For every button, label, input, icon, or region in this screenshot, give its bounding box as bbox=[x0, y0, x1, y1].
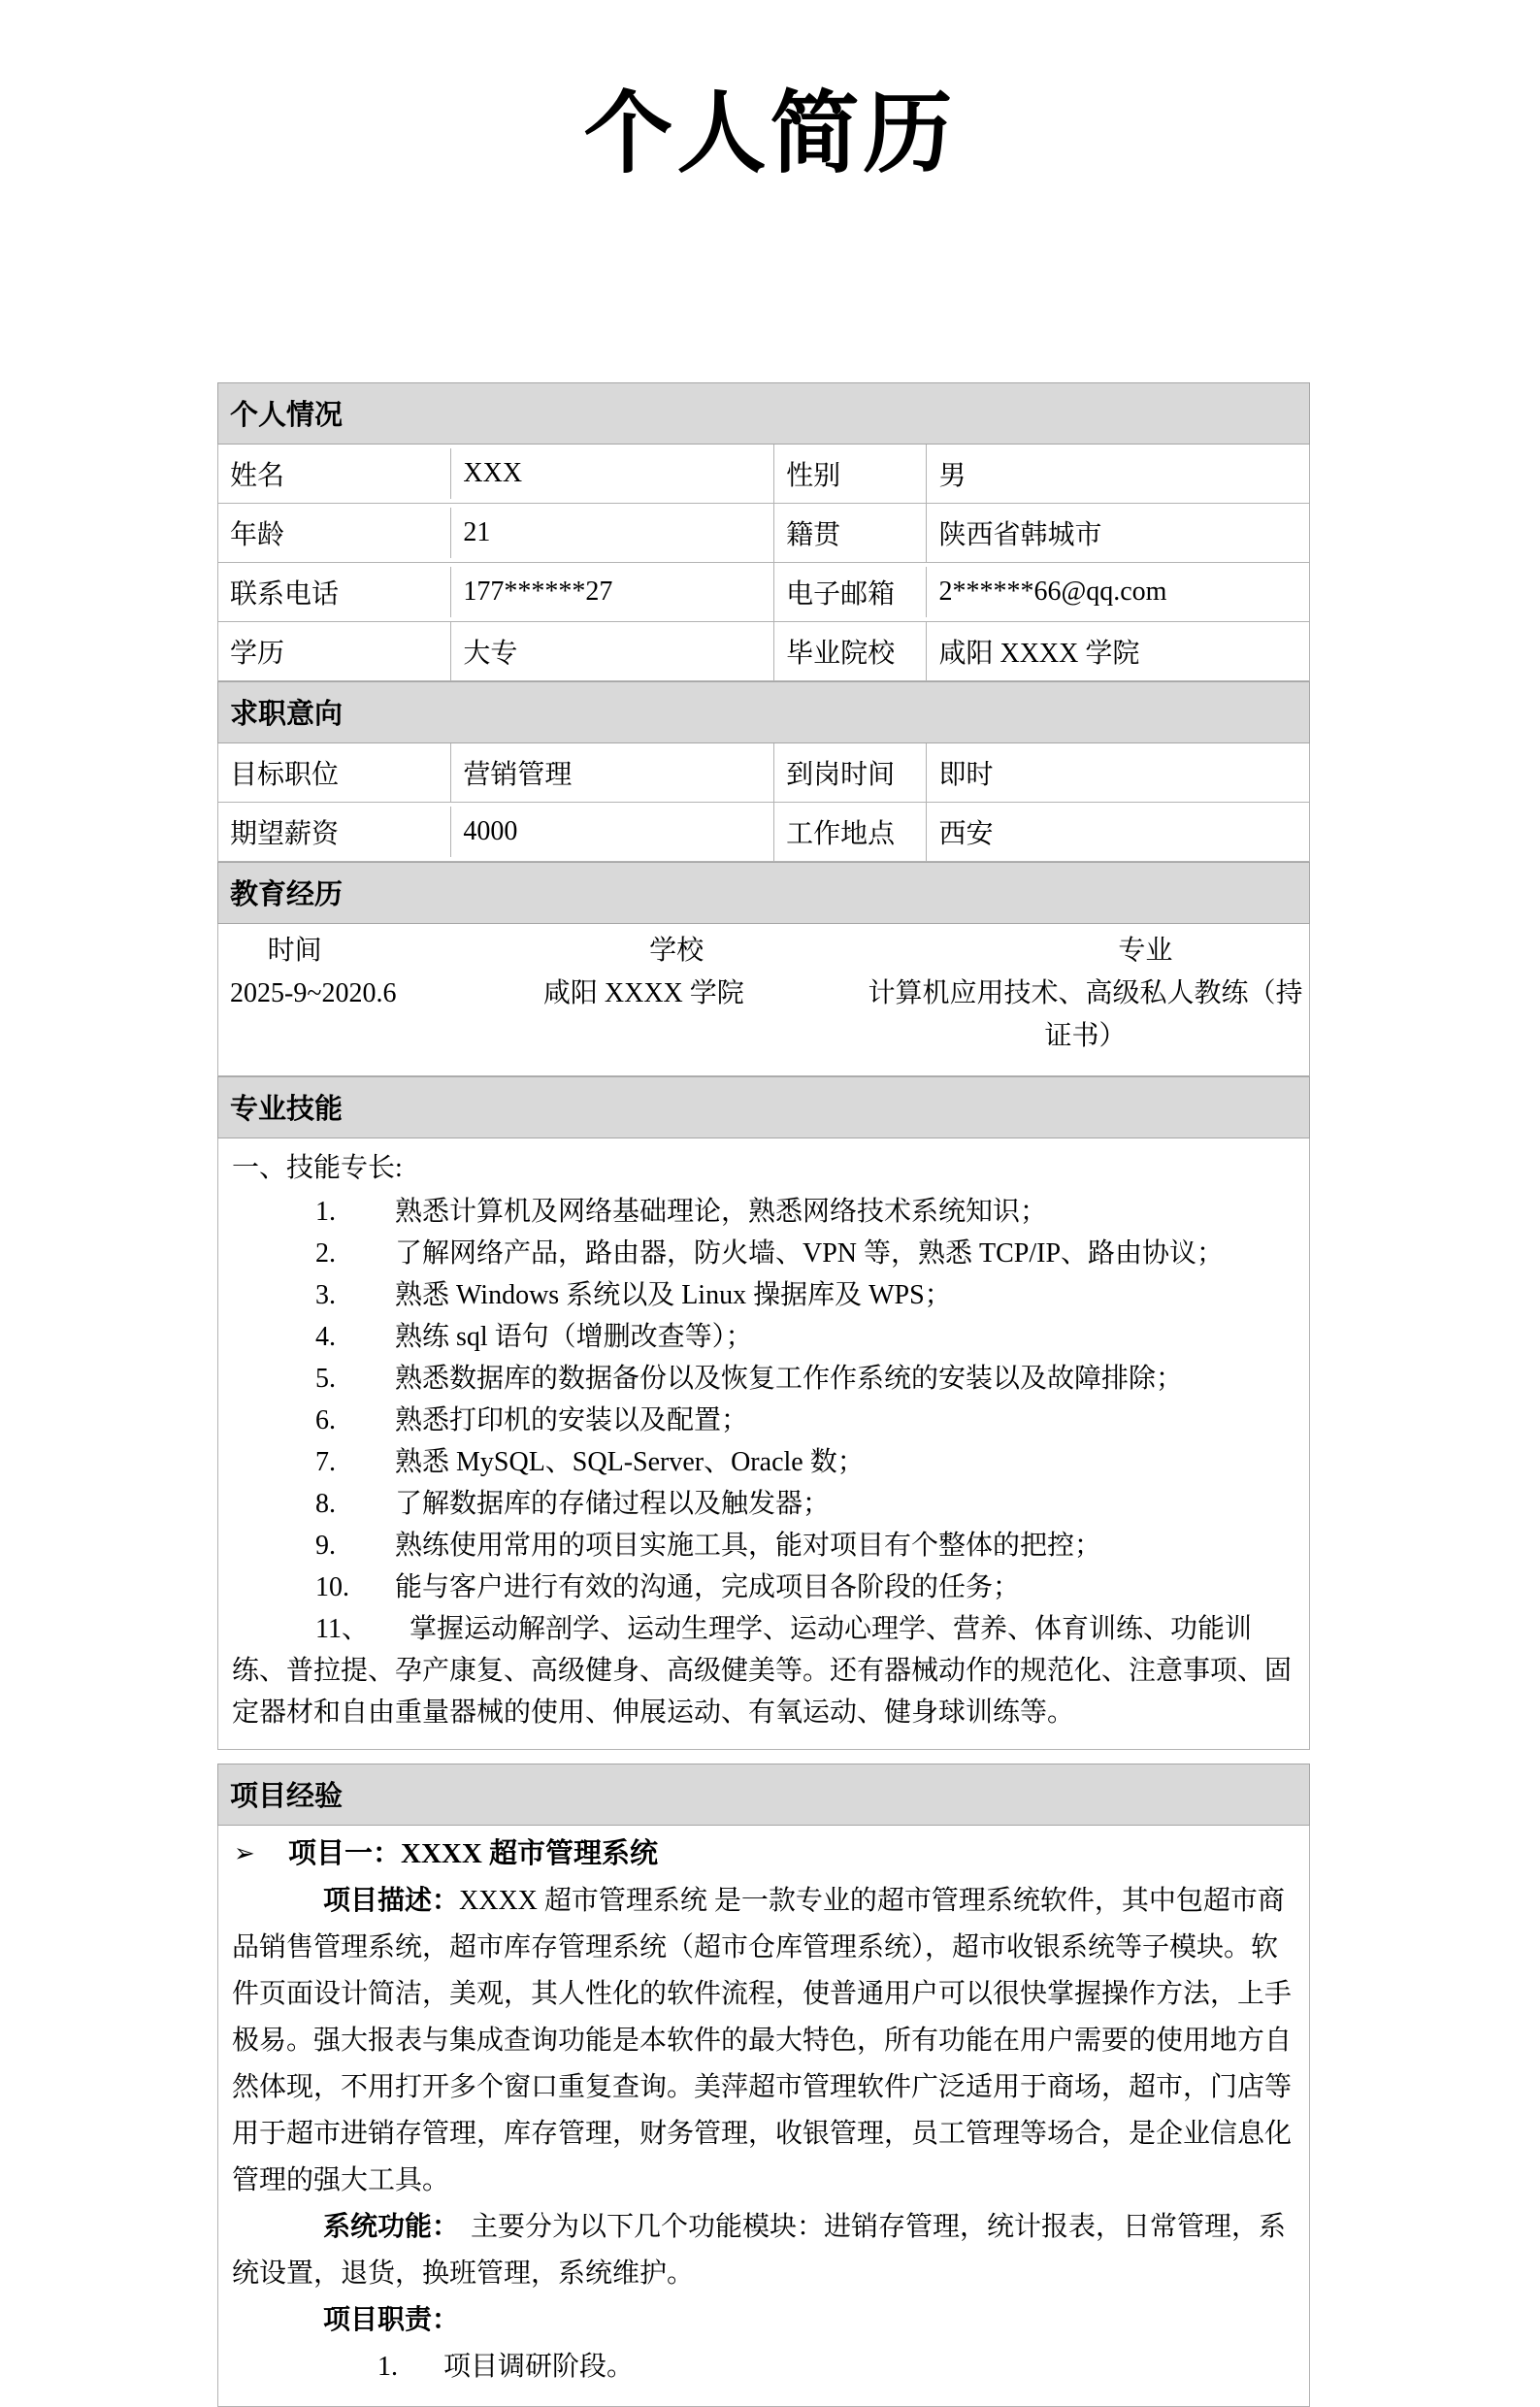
section-header-skills: 专业技能 bbox=[217, 1076, 1310, 1138]
field-value-availability: 即时 bbox=[926, 743, 1309, 802]
field-value-degree: 大专 bbox=[450, 622, 773, 680]
skill-item: 8. 了解数据库的存储过程以及触发器； bbox=[232, 1483, 1295, 1525]
field-label-phone: 联系电话 bbox=[218, 563, 450, 621]
project-box: ➢ 项目一：XXXX 超市管理系统 项目描述：XXXX 超市管理系统 是一款专业… bbox=[217, 1826, 1310, 2407]
project-duty-item: 1. 项目调研阶段。 bbox=[232, 2344, 1295, 2391]
duty-text: 项目调研阶段。 bbox=[443, 2344, 634, 2391]
skill-text: 熟练使用常用的项目实施工具，能对项目有个整体的把控； bbox=[395, 1525, 1295, 1566]
skill-text: 熟悉打印机的安装以及配置； bbox=[395, 1400, 1295, 1441]
field-label-target-position: 目标职位 bbox=[218, 743, 450, 802]
skill-number: 5. bbox=[315, 1358, 395, 1400]
field-value-work-location: 西安 bbox=[926, 803, 1309, 861]
skill-number: 7. bbox=[315, 1441, 395, 1483]
field-label-age: 年龄 bbox=[218, 504, 450, 562]
skill-text: 了解数据库的存储过程以及触发器； bbox=[395, 1483, 1295, 1525]
page-title: 个人简历 bbox=[0, 85, 1540, 183]
skill-item-11: 11、掌握运动解剖学、运动生理学、运动心理学、营养、体育训练、功能训练、普拉提、… bbox=[232, 1608, 1295, 1733]
skill-number: 4. bbox=[315, 1316, 395, 1358]
skills-intro: 一、技能专长: bbox=[232, 1146, 1295, 1191]
project-duty-label: 项目职责： bbox=[232, 2297, 1295, 2344]
skill-text: 掌握运动解剖学、运动生理学、运动心理学、营养、体育训练、功能训练、普拉提、孕产康… bbox=[232, 1614, 1292, 1728]
skill-text: 熟悉数据库的数据备份以及恢复工作作系统的安装以及故障排除； bbox=[395, 1358, 1295, 1400]
section-header-job-intention: 求职意向 bbox=[217, 681, 1310, 743]
field-value-school: 咸阳 XXXX 学院 bbox=[926, 622, 1309, 680]
skill-item: 3. 熟悉 Windows 系统以及 Linux 操据库及 WPS； bbox=[232, 1274, 1295, 1316]
project-description-text: XXXX 超市管理系统 是一款专业的超市管理系统软件，其中包超市商品销售管理系统… bbox=[232, 1886, 1292, 2195]
arrow-bullet-icon: ➢ bbox=[232, 1830, 288, 1878]
skill-text: 熟练 sql 语句（增删改查等）； bbox=[395, 1316, 1295, 1358]
project-description-label: 项目描述： bbox=[323, 1886, 459, 1916]
project-title-row: ➢ 项目一：XXXX 超市管理系统 bbox=[232, 1830, 1295, 1878]
education-col-time: 时间 bbox=[218, 930, 371, 973]
field-label-gender: 性别 bbox=[773, 445, 926, 503]
skill-item: 10. 能与客户进行有效的沟通，完成项目各阶段的任务； bbox=[232, 1566, 1295, 1608]
resume-body: 个人情况 姓名 XXX 性别 男 年龄 21 籍贯 陕西省韩城市 联系电话 17… bbox=[217, 382, 1310, 2407]
skill-text: 熟悉 Windows 系统以及 Linux 操据库及 WPS； bbox=[395, 1274, 1295, 1316]
project-title: 项目一：XXXX 超市管理系统 bbox=[288, 1830, 658, 1878]
project-description: 项目描述：XXXX 超市管理系统 是一款专业的超市管理系统软件，其中包超市商品销… bbox=[232, 1878, 1295, 2204]
field-value-native-place: 陕西省韩城市 bbox=[926, 504, 1309, 562]
field-label-native-place: 籍贯 bbox=[773, 504, 926, 562]
education-time: 2025-9~2020.6 bbox=[218, 973, 426, 1058]
field-label-email: 电子邮箱 bbox=[773, 563, 926, 621]
education-school: 咸阳 XXXX 学院 bbox=[426, 973, 863, 1058]
personal-info-table: 姓名 XXX 性别 男 年龄 21 籍贯 陕西省韩城市 联系电话 177****… bbox=[217, 445, 1310, 681]
skill-item: 9. 熟练使用常用的项目实施工具，能对项目有个整体的把控； bbox=[232, 1525, 1295, 1566]
table-row: 姓名 XXX 性别 男 bbox=[218, 445, 1309, 504]
table-row: 学历 大专 毕业院校 咸阳 XXXX 学院 bbox=[218, 622, 1309, 681]
field-value-email: 2******66@qq.com bbox=[926, 567, 1309, 617]
field-label-name: 姓名 bbox=[218, 445, 450, 503]
table-row: 目标职位 营销管理 到岗时间 即时 bbox=[218, 743, 1309, 803]
field-value-age: 21 bbox=[450, 508, 773, 558]
skill-text: 能与客户进行有效的沟通，完成项目各阶段的任务； bbox=[395, 1566, 1295, 1608]
skill-number: 11、 bbox=[315, 1614, 369, 1644]
education-col-major: 专业 bbox=[982, 930, 1309, 973]
skills-box: 一、技能专长: 1. 熟悉计算机及网络基础理论，熟悉网络技术系统知识； 2. 了… bbox=[217, 1138, 1310, 1750]
skill-item: 1. 熟悉计算机及网络基础理论，熟悉网络技术系统知识； bbox=[232, 1191, 1295, 1233]
table-row: 联系电话 177******27 电子邮箱 2******66@qq.com bbox=[218, 563, 1309, 622]
field-label-school: 毕业院校 bbox=[773, 622, 926, 680]
education-col-school: 学校 bbox=[371, 930, 981, 973]
duty-number: 1. bbox=[377, 2344, 443, 2391]
field-label-expected-salary: 期望薪资 bbox=[218, 803, 450, 861]
system-functions: 系统功能：主要分为以下几个功能模块：进销存管理，统计报表，日常管理，系统设置，退… bbox=[232, 2204, 1295, 2297]
field-value-name: XXX bbox=[450, 448, 773, 499]
skill-number: 10. bbox=[315, 1566, 395, 1608]
field-value-expected-salary: 4000 bbox=[450, 807, 773, 857]
skill-number: 1. bbox=[315, 1191, 395, 1233]
skill-number: 2. bbox=[315, 1233, 395, 1274]
system-functions-label: 系统功能： bbox=[323, 2212, 459, 2242]
skill-number: 3. bbox=[315, 1274, 395, 1316]
section-header-personal-info: 个人情况 bbox=[217, 382, 1310, 445]
skill-text: 熟悉计算机及网络基础理论，熟悉网络技术系统知识； bbox=[395, 1191, 1295, 1233]
field-value-target-position: 营销管理 bbox=[450, 743, 773, 802]
table-row: 期望薪资 4000 工作地点 西安 bbox=[218, 803, 1309, 862]
skill-item: 2. 了解网络产品，路由器，防火墙、VPN 等，熟悉 TCP/IP、路由协议； bbox=[232, 1233, 1295, 1274]
skill-item: 6. 熟悉打印机的安装以及配置； bbox=[232, 1400, 1295, 1441]
skill-number: 9. bbox=[315, 1525, 395, 1566]
skill-number: 8. bbox=[315, 1483, 395, 1525]
skill-item: 4. 熟练 sql 语句（增删改查等）； bbox=[232, 1316, 1295, 1358]
skill-text: 熟悉 MySQL、SQL-Server、Oracle 数； bbox=[395, 1441, 1295, 1483]
skill-item: 7. 熟悉 MySQL、SQL-Server、Oracle 数； bbox=[232, 1441, 1295, 1483]
skill-text: 了解网络产品，路由器，防火墙、VPN 等，熟悉 TCP/IP、路由协议； bbox=[395, 1233, 1295, 1274]
field-label-work-location: 工作地点 bbox=[773, 803, 926, 861]
job-intention-table: 目标职位 营销管理 到岗时间 即时 期望薪资 4000 工作地点 西安 bbox=[217, 743, 1310, 862]
skill-item: 5. 熟悉数据库的数据备份以及恢复工作作系统的安装以及故障排除； bbox=[232, 1358, 1295, 1400]
section-header-projects: 项目经验 bbox=[217, 1764, 1310, 1826]
skill-number: 6. bbox=[315, 1400, 395, 1441]
education-header-row: 时间 学校 专业 bbox=[218, 930, 1309, 973]
education-data-row: 2025-9~2020.6 咸阳 XXXX 学院 计算机应用技术、高级私人教练（… bbox=[218, 973, 1309, 1058]
field-value-phone: 177******27 bbox=[450, 567, 773, 617]
education-major: 计算机应用技术、高级私人教练（持证书） bbox=[862, 973, 1309, 1058]
section-header-education: 教育经历 bbox=[217, 862, 1310, 924]
field-label-degree: 学历 bbox=[218, 622, 450, 680]
project-section: 项目经验 ➢ 项目一：XXXX 超市管理系统 项目描述：XXXX 超市管理系统 … bbox=[217, 1764, 1310, 2407]
education-table: 时间 学校 专业 2025-9~2020.6 咸阳 XXXX 学院 计算机应用技… bbox=[217, 924, 1310, 1076]
table-row: 年龄 21 籍贯 陕西省韩城市 bbox=[218, 504, 1309, 563]
field-label-availability: 到岗时间 bbox=[773, 743, 926, 802]
field-value-gender: 男 bbox=[926, 445, 1309, 503]
